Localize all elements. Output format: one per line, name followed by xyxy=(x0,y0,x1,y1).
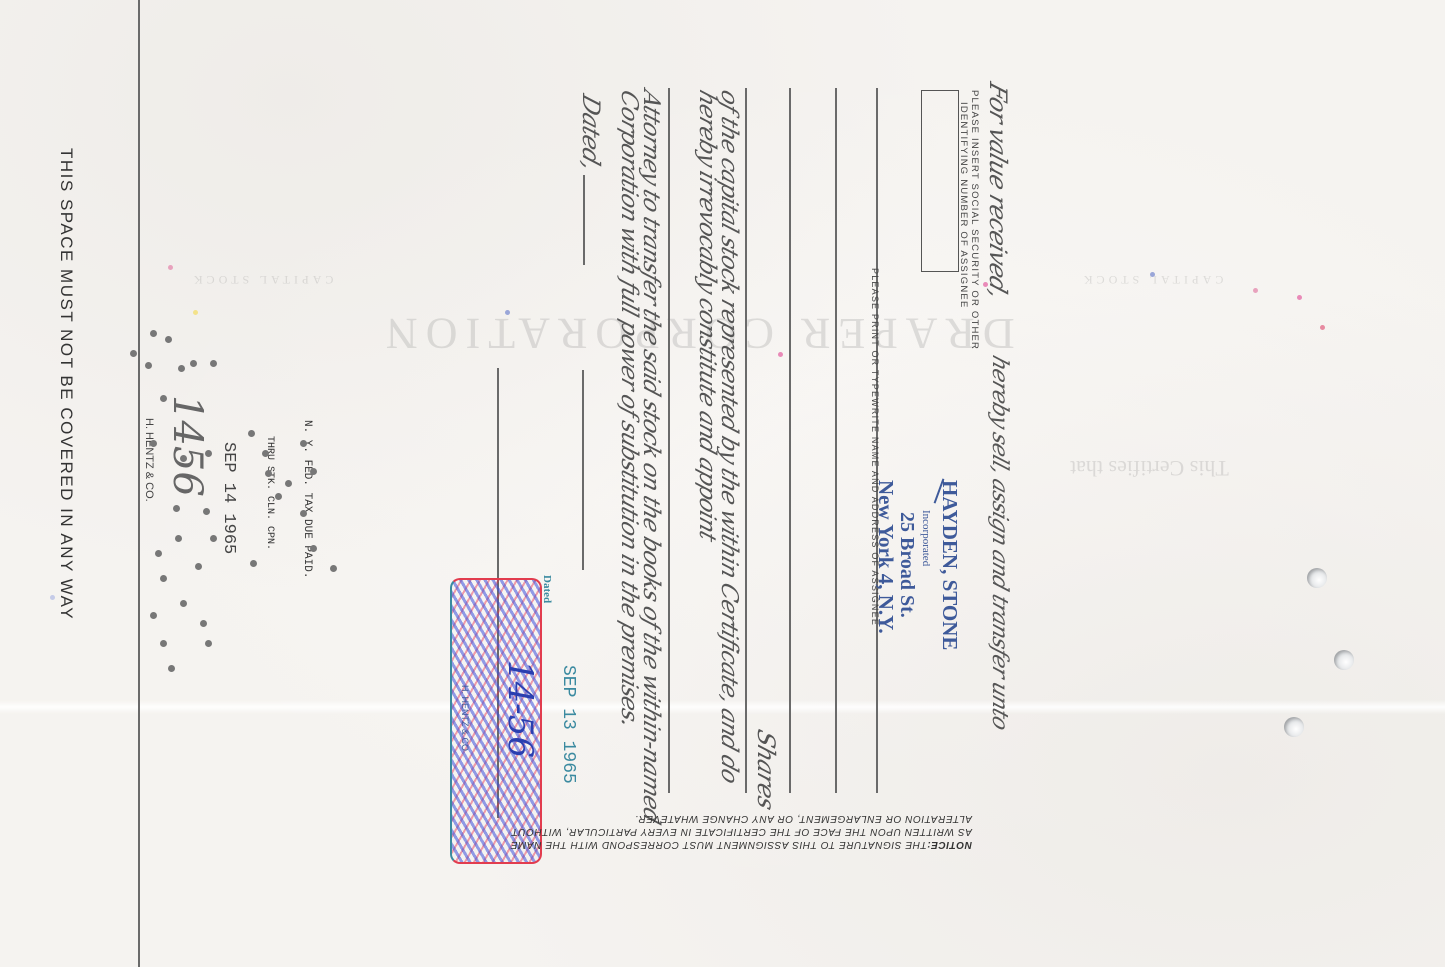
ssn-box[interactable] xyxy=(921,90,959,272)
perforation-hole xyxy=(275,493,282,500)
perforation-hole xyxy=(155,550,162,557)
perforation-hole xyxy=(203,508,210,515)
notice-line-1: NOTICE:THE SIGNATURE TO THIS ASSIGNMENT … xyxy=(552,838,972,851)
perforation-hole xyxy=(205,450,212,457)
perforation-hole xyxy=(285,480,292,487)
dated-label: Dated, xyxy=(577,91,605,174)
perforation-hole xyxy=(205,640,212,647)
assignee-street: 25 Broad St. xyxy=(895,512,918,618)
perforation-hole xyxy=(175,535,182,542)
rule-assignee-1 xyxy=(835,88,837,793)
rule-shares xyxy=(745,88,747,793)
perforation-hole xyxy=(150,330,157,337)
ink-speck xyxy=(193,310,198,315)
tax-stamp-initials: 1456 xyxy=(164,395,210,497)
binder-hole-1 xyxy=(1307,568,1327,588)
ssn-box-label-2: IDENTIFYING NUMBER OF ASSIGNEE xyxy=(958,102,969,309)
perforation-hole xyxy=(262,450,269,457)
perforation-hole xyxy=(173,505,180,512)
perforation-hole xyxy=(165,336,172,343)
irrevocably-line: hereby irrevocably constitute and appoin… xyxy=(694,87,720,544)
assignee-city: New York 4, N.Y. xyxy=(873,480,898,634)
shares-label: Shares xyxy=(752,726,780,813)
guarantee-dated-label: Dated xyxy=(541,575,553,603)
ink-speck xyxy=(1320,325,1325,330)
tax-stamp-firm: H. HENTZ & CO. xyxy=(143,418,155,502)
perforation-hole xyxy=(300,510,307,517)
perforation-hole xyxy=(180,600,187,607)
perforation-hole xyxy=(150,612,157,619)
perforation-hole xyxy=(310,468,317,475)
perforation-hole xyxy=(195,563,202,570)
perforation-hole xyxy=(160,395,167,402)
perforation-hole xyxy=(190,360,197,367)
perforation-hole xyxy=(168,665,175,672)
ink-speck xyxy=(168,265,173,270)
assignee-name: HAYDEN, STONE xyxy=(937,480,962,650)
perforation-hole xyxy=(330,565,337,572)
ghost-certifies: This Certifies that xyxy=(1070,455,1229,481)
perforation-hole xyxy=(265,470,272,477)
ghost-capital-stock-left: CAPITAL STOCK xyxy=(190,272,333,287)
signature-notice: NOTICE:THE SIGNATURE TO THIS ASSIGNMENT … xyxy=(552,812,972,851)
ink-speck xyxy=(1297,295,1302,300)
perforation-hole xyxy=(200,620,207,627)
for-value-received: For value received, xyxy=(984,79,1012,303)
guarantee-date: SEP 13 1965 xyxy=(558,665,578,784)
perforation-hole xyxy=(210,360,217,367)
rule-assignee-2 xyxy=(789,88,791,793)
tax-stamp-date: SEP 14 1965 xyxy=(219,442,238,554)
dated-underline xyxy=(583,175,585,265)
margin-rule xyxy=(138,0,140,967)
binder-hole-3 xyxy=(1284,717,1304,737)
perforation-hole xyxy=(160,575,167,582)
ink-speck xyxy=(50,595,55,600)
perforation-hole xyxy=(180,455,187,462)
ink-speck xyxy=(1253,288,1258,293)
perforation-hole xyxy=(250,560,257,567)
corporation-line: Corporation with full power of substitut… xyxy=(616,87,642,731)
ink-speck xyxy=(983,282,988,287)
perforation-hole xyxy=(310,545,317,552)
left-margin-notice: THIS SPACE MUST NOT BE COVERED IN ANY WA… xyxy=(56,148,76,620)
guarantee-firm: H. HENTZ & CO xyxy=(460,685,470,751)
perforation-hole xyxy=(130,350,137,357)
perforation-hole xyxy=(248,430,255,437)
ink-speck xyxy=(778,352,783,357)
rule-dated xyxy=(582,370,584,570)
perforation-hole xyxy=(150,440,157,447)
sell-assign-transfer: hereby sell, assign and transfer unto xyxy=(987,352,1012,733)
ssn-box-label-1: PLEASE INSERT SOCIAL SECURITY OR OTHER xyxy=(969,90,980,350)
ink-speck xyxy=(1150,272,1155,277)
notice-line-2: AS WRITTEN UPON THE FACE OF THE CERTIFIC… xyxy=(552,825,972,838)
assignee-suffix: Incorporated xyxy=(920,510,932,566)
notice-line-3: ALTERATION OR ENLARGEMENT, OR ANY CHANGE… xyxy=(552,812,972,825)
binder-hole-2 xyxy=(1334,650,1354,670)
ink-speck xyxy=(505,310,510,315)
perforation-hole xyxy=(210,535,217,542)
perforation-hole xyxy=(178,365,185,372)
perforation-hole xyxy=(160,640,167,647)
rule-appoint xyxy=(668,88,670,793)
guarantee-initials: 14-56 xyxy=(500,660,540,758)
perforation-hole xyxy=(300,440,307,447)
perforation-hole xyxy=(145,362,152,369)
